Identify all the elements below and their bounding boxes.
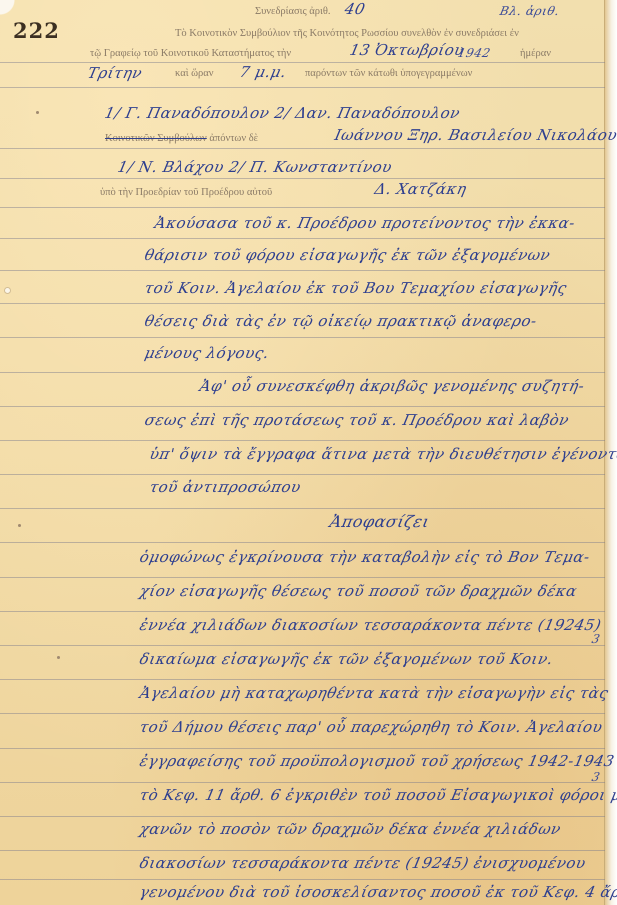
printed-text: Τὸ Κοινοτικὸν Συμβούλιον τῆς Κοινότητος … xyxy=(175,28,453,39)
ruled-line xyxy=(0,782,605,783)
ruled-line xyxy=(0,238,605,239)
body-line: ὑπ' ὄψιν τὰ ἔγγραφα ἅτινα μετὰ τὴν διευθ… xyxy=(148,445,617,463)
printed-line-2: Τὸ Κοινοτικὸν Συμβούλιον τῆς Κοινότητος … xyxy=(175,28,519,39)
body-line: γενομένου διὰ τοῦ ἰσοσκελίσαντος ποσοῦ ἐ… xyxy=(138,883,617,901)
body-line: Ἀφ' οὗ συνεσκέφθη ἀκριβῶς γενομένης συζη… xyxy=(198,377,586,395)
ruled-line xyxy=(0,577,605,578)
body-line: Ἀκούσασα τοῦ κ. Προέδρου προτείνοντος τὴ… xyxy=(153,214,577,232)
ruled-line xyxy=(0,474,605,475)
punch-hole xyxy=(4,287,11,294)
printed-text: Συνεδρίασις ἀριθ. xyxy=(255,6,330,17)
ruled-line xyxy=(0,679,605,680)
paper-speck xyxy=(57,656,60,659)
printed-members-line: Κοινοτικῶν Συμβούλων ἀπόντων δὲ xyxy=(105,133,258,144)
printed-day-label: ἡμέραν xyxy=(520,48,551,59)
absent-members-2: 1/ Ν. Βλάχου 2/ Π. Κωνσταντίνου xyxy=(116,158,394,176)
year-field: 1942 xyxy=(457,46,493,60)
body-line: διακοσίων τεσσαράκοντα πέντε (19245) ἐνι… xyxy=(138,854,587,872)
ruled-line xyxy=(0,748,605,749)
body-line: χίον εἰσαγωγῆς θέσεως τοῦ ποσοῦ τῶν δραχ… xyxy=(138,582,579,600)
body-line: τοῦ Κοιν. Ἀγελαίου ἐκ τοῦ Βου Τεμαχίου ε… xyxy=(143,279,569,297)
ruled-line xyxy=(0,270,605,271)
paper-speck xyxy=(18,524,21,527)
ruled-line xyxy=(0,406,605,407)
paper-speck xyxy=(36,111,39,114)
body-line: ἐννέα χιλιάδων διακοσίων τεσσαράκοντα πέ… xyxy=(138,616,603,634)
document-page: 222 Συνεδρίασις ἀριθ. 40 Βλ. ἀριθ. Τὸ Κο… xyxy=(0,0,617,905)
president-name: Δ. Χατζάκη xyxy=(373,180,468,198)
body-line: μένους λόγους. xyxy=(143,344,271,362)
printed-text: ἀπόντων δὲ xyxy=(209,133,258,144)
decision-heading: Ἀποφασίζει xyxy=(328,512,431,531)
ruled-line xyxy=(0,816,605,817)
body-line: τοῦ ἀντιπροσώπου xyxy=(148,478,303,496)
ruled-line xyxy=(0,178,605,179)
page-number: 222 xyxy=(13,18,60,43)
printed-time-label: καὶ ὥραν xyxy=(175,68,214,79)
date-field: 13 Ὀκτωβρίου xyxy=(348,41,466,59)
printed-line-3: τῷ Γραφείῳ τοῦ Κοινοτικοῦ Καταστήματος τ… xyxy=(90,48,291,59)
body-line: Ἀγελαίου μὴ καταχωρηθέντα κατὰ τὴν εἰσαγ… xyxy=(138,684,610,702)
ruled-line xyxy=(0,611,605,612)
body-line: δικαίωμα εἰσαγωγῆς ἐκ τῶν ἐξαγομένων τοῦ… xyxy=(138,650,555,668)
printed-text: τῷ Γραφείῳ τοῦ Κοινοτικοῦ Καταστήματος τ… xyxy=(90,48,291,59)
body-line: χανῶν τὸ ποσὸν τῶν δραχμῶν δέκα ἐννέα χι… xyxy=(138,820,563,838)
top-right-note: Βλ. ἀριθ. xyxy=(499,4,561,18)
present-members: 1/ Γ. Παναδόπουλον 2/ Δαν. Παναδόπουλον xyxy=(103,104,462,122)
printed-present-label: παρόντων τῶν κάτωθι ὑπογεγραμμένων xyxy=(305,68,472,79)
ruled-line xyxy=(0,850,605,851)
ruled-line xyxy=(0,713,605,714)
ruled-line xyxy=(0,440,605,441)
ruled-line xyxy=(0,542,605,543)
ruled-line xyxy=(0,508,605,509)
body-line: σεως ἐπὶ τῆς προτάσεως τοῦ κ. Προέδρου κ… xyxy=(143,411,571,429)
body-line: τοῦ Δήμου θέσεις παρ' οὗ παρεχώρηθη τὸ Κ… xyxy=(138,718,604,736)
body-line: θέσεις διὰ τὰς ἐν τῷ οἰκείῳ πρακτικῷ ἀνα… xyxy=(143,312,539,330)
printed-session-label: Συνεδρίασις ἀριθ. xyxy=(255,6,330,17)
ruled-line xyxy=(0,148,605,149)
ruled-line xyxy=(0,62,605,63)
session-number: 40 xyxy=(343,0,367,18)
ruled-line xyxy=(0,207,605,208)
printed-text: συνεδριάσει ἐν xyxy=(456,28,519,39)
ruled-line xyxy=(0,337,605,338)
ruled-line xyxy=(0,87,605,88)
margin-note: 3 xyxy=(591,632,602,646)
ruled-line xyxy=(0,372,605,373)
printed-presidency-line: ὑπὸ τὴν Προεδρίαν τοῦ Προέδρου αὐτοῦ xyxy=(100,187,272,198)
struck-printed-text: Κοινοτικῶν Συμβούλων xyxy=(105,133,207,144)
time-field: 7 μ.μ. xyxy=(238,63,288,81)
ruled-line xyxy=(0,303,605,304)
ruled-line xyxy=(0,645,605,646)
ruled-line xyxy=(0,879,605,880)
weekday-field: Τρίτην xyxy=(86,64,144,82)
body-line: ἐγγραφείσης τοῦ προϋπολογισμοῦ τοῦ χρήσε… xyxy=(138,752,617,770)
body-line: τὸ Κεφ. 11 ἄρθ. 6 ἐγκριθὲν τοῦ ποσοῦ Εἰσ… xyxy=(138,786,617,804)
absent-members-1: Ιωάννου Ξηρ. Βασιλείου Νικολάου xyxy=(333,126,617,144)
body-line: ὁμοφώνως ἐγκρίνουσα τὴν καταβολὴν εἰς τὸ… xyxy=(138,548,592,566)
body-line: θάρισιν τοῦ φόρου εἰσαγωγῆς ἐκ τῶν ἐξαγο… xyxy=(143,246,552,264)
